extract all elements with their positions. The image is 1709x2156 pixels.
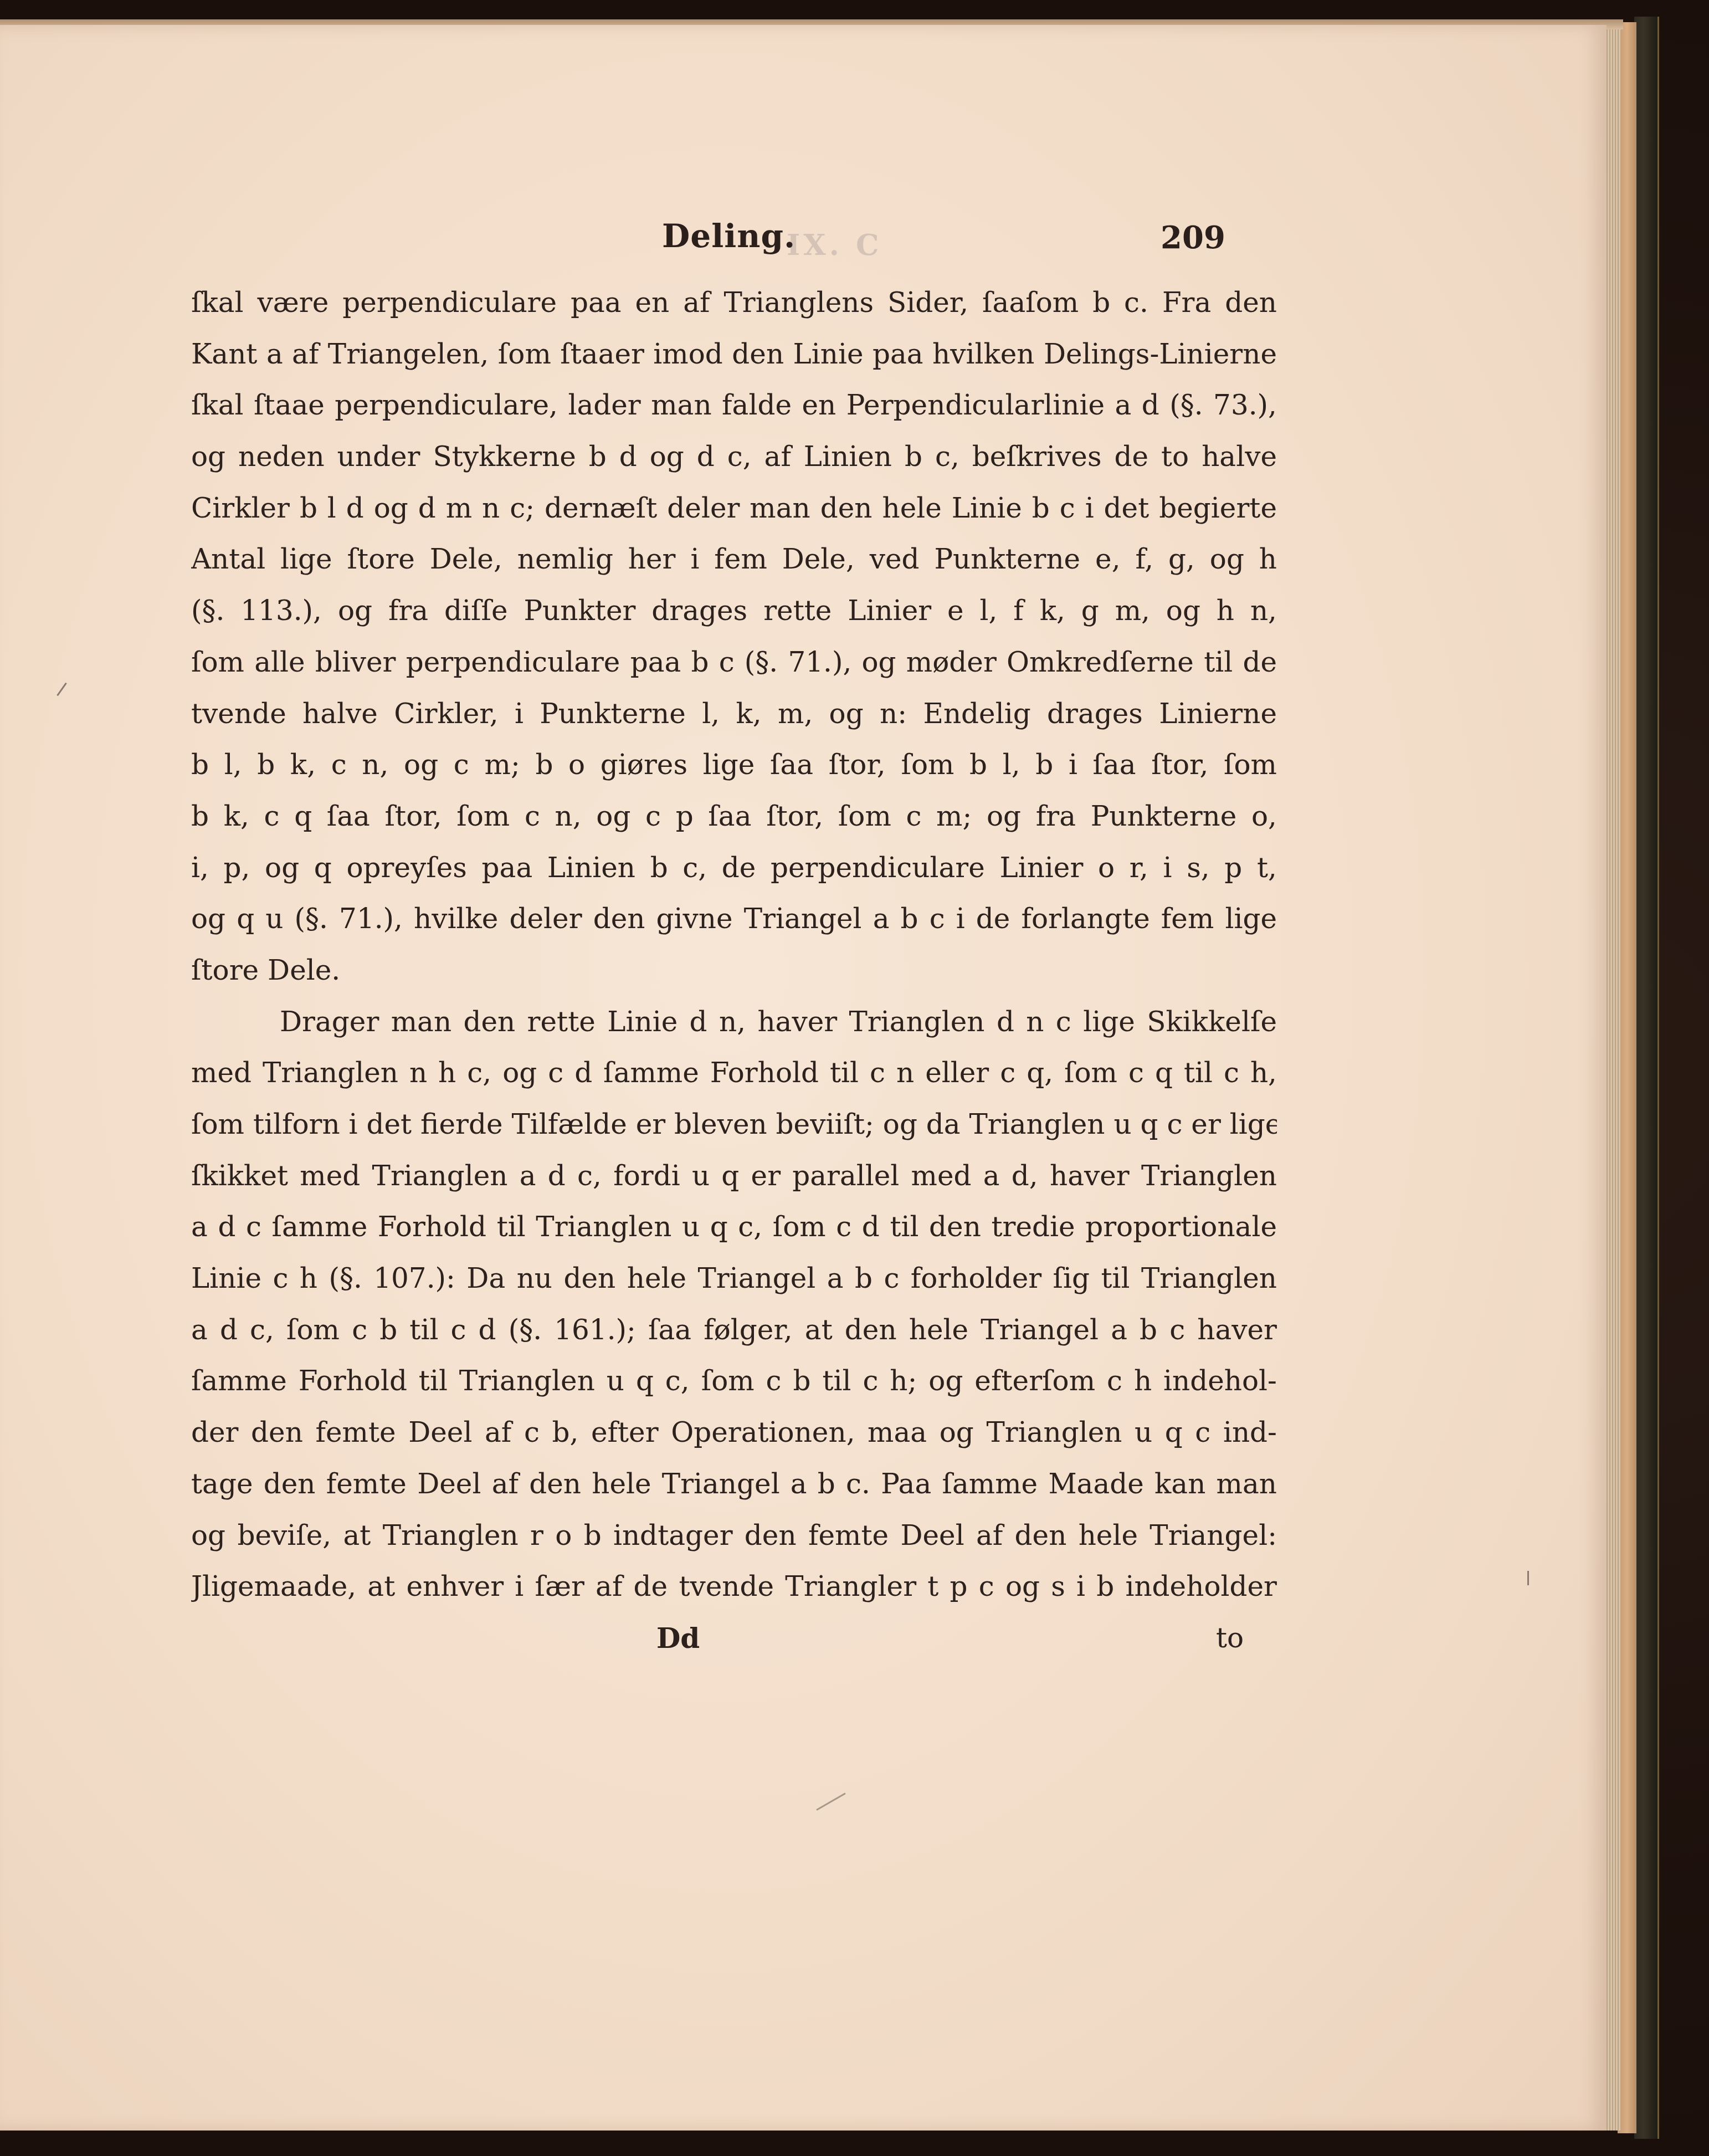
running-head: Deling. IX. C 209 (0, 217, 1607, 267)
text-line: ſamme Forhold til Trianglen u q c, ſom c… (191, 1355, 1277, 1407)
paragraph: ſkal være perpendiculare paa en af Trian… (191, 277, 1277, 996)
text-line: Kant a af Triangelen, ſom ſtaaer imod de… (191, 329, 1277, 380)
signature-mark: Dd (656, 1622, 700, 1655)
text-line: og neden under Stykkerne b d og d c, af … (191, 431, 1277, 483)
text-line: der den femte Deel af c b, efter Operati… (191, 1407, 1277, 1458)
paragraph: Drager man den rette Linie d n, haver Tr… (191, 996, 1277, 1612)
body-text: ſkal være perpendiculare paa en af Trian… (191, 277, 1277, 1612)
text-line: Linie c h (§. 107.): Da nu den hele Tria… (191, 1253, 1277, 1304)
paper-mark (1527, 1571, 1529, 1585)
text-line: Drager man den rette Linie d n, haver Tr… (191, 996, 1277, 1048)
bleed-through-text: IX. C (787, 228, 882, 262)
text-line: Antal lige ſtore Dele, nemlig her i fem … (191, 534, 1277, 585)
text-line: med Trianglen n h c, og c d ſamme Forhol… (191, 1047, 1277, 1099)
paper-mark (816, 1793, 845, 1811)
book-cover-edge (1634, 17, 1659, 2139)
text-line: ſkal ſtaae perpendiculare, lader man fal… (191, 380, 1277, 431)
text-line: og q u (§. 71.), hvilke deler den givne … (191, 893, 1277, 945)
text-line: a d c, ſom c b til c d (§. 161.); ſaa fø… (191, 1304, 1277, 1356)
page-block-edge (1618, 22, 1636, 2133)
catchline: Dd to (0, 1622, 1607, 1666)
text-line: a d c ſamme Forhold til Trianglen u q c,… (191, 1201, 1277, 1253)
text-line: b k, c q ſaa ſtor, ſom c n, og c p ſaa ſ… (191, 791, 1277, 842)
text-line: Jligemaade, at enhver i ſær af de tvende… (191, 1561, 1277, 1612)
text-line: ſkikket med Trianglen a d c, fordi u q e… (191, 1150, 1277, 1202)
running-title: Deling. (662, 217, 796, 255)
text-line: ſkal være perpendiculare paa en af Trian… (191, 277, 1277, 329)
text-line: i, p, og q opreyſes paa Linien b c, de p… (191, 842, 1277, 894)
page-number: 209 (1161, 219, 1225, 256)
text-line: ſom tilforn i det fierde Tilfælde er ble… (191, 1099, 1277, 1150)
text-line: ſtore Dele. (191, 945, 1277, 996)
text-line: (§. 113.), og fra diſſe Punkter drages r… (191, 585, 1277, 637)
paper-mark (57, 683, 67, 697)
text-line: tvende halve Cirkler, i Punkterne l, k, … (191, 688, 1277, 740)
catchword: to (1216, 1622, 1244, 1654)
text-line: Cirkler b l d og d m n c; dernæſt deler … (191, 483, 1277, 534)
text-line: tage den femte Deel af den hele Triangel… (191, 1458, 1277, 1510)
text-line: b l, b k, c n, og c m; b o giøres lige ſ… (191, 739, 1277, 791)
text-line: ſom alle bliver perpendiculare paa b c (… (191, 637, 1277, 688)
text-line: og beviſe, at Trianglen r o b indtager d… (191, 1510, 1277, 1561)
